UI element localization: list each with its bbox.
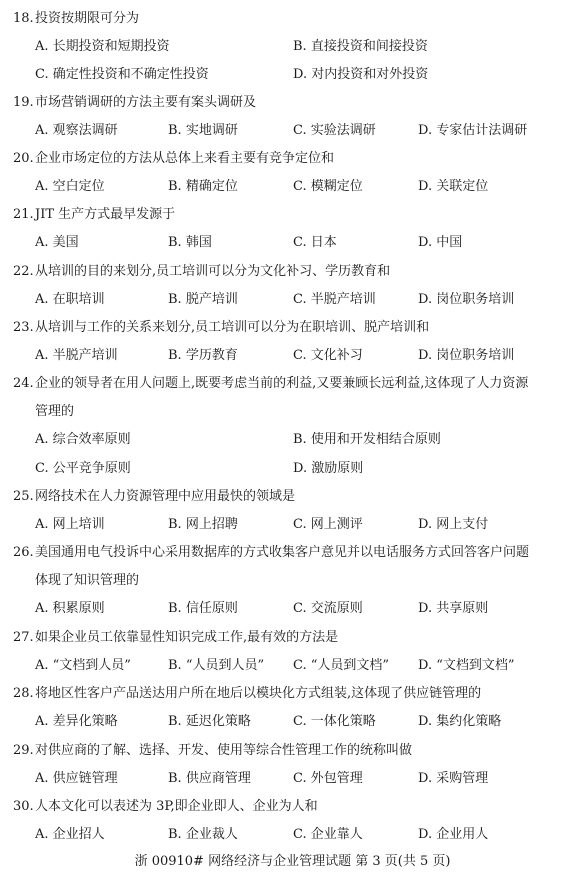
option-a: A. 企业招人: [35, 821, 105, 849]
option-d: D. 企业用人: [418, 821, 488, 849]
question-text: 如果企业员工依靠显性知识完成工作,最有效的方法是: [35, 624, 338, 652]
option-c: C. 文化补习: [293, 342, 363, 370]
question-21: 21. JIT 生产方式最早发源于: [0, 201, 585, 229]
option-a: A. 在职培训: [35, 286, 105, 314]
option-c: C. 日本: [293, 229, 337, 257]
question-number: 27.: [13, 624, 34, 652]
option-a: A. 长期投资和短期投资: [35, 33, 170, 61]
question-29: 29. 对供应商的了解、选择、开发、使用等综合性管理工作的统称叫做: [0, 737, 585, 765]
question-text: 从培训的目的来划分,员工培训可以分为文化补习、学历教育和: [35, 258, 390, 286]
option-a: A. 美国: [35, 229, 79, 257]
question-text: 将地区性客户产品送达用户所在地后以模块化方式组装,这体现了供应链管理的: [35, 680, 481, 708]
question-26: 26. 美国通用电气投诉中心采用数据库的方式收集客户意见并以电话服务方式回答客户…: [0, 539, 585, 567]
options-row: A. 企业招人 B. 企业裁人 C. 企业靠人 D. 企业用人: [0, 821, 585, 849]
question-number: 26.: [13, 539, 34, 567]
exam-page: 18. 投资按期限可分为 A. 长期投资和短期投资 B. 直接投资和间接投资 C…: [0, 0, 585, 885]
option-c: C. 网上测评: [293, 511, 363, 539]
question-text: 对供应商的了解、选择、开发、使用等综合性管理工作的统称叫做: [35, 737, 412, 765]
question-27: 27. 如果企业员工依靠显性知识完成工作,最有效的方法是: [0, 624, 585, 652]
options-row: A. 积累原则 B. 信任原则 C. 交流原则 D. 共享原则: [0, 595, 585, 623]
option-b: B. 学历教育: [168, 342, 238, 370]
option-d: D. 中国: [418, 229, 462, 257]
question-number: 21.: [13, 201, 34, 229]
question-text: 投资按期限可分为: [35, 5, 139, 33]
option-c: C. 外包管理: [293, 765, 363, 793]
options-row: C. 公平竞争原则 D. 激励原则: [0, 455, 585, 483]
question-20: 20. 企业市场定位的方法从总体上来看主要有竞争定位和: [0, 145, 585, 173]
option-a: A. 供应链管理: [35, 765, 118, 793]
option-a: A. “文档到人员”: [35, 652, 131, 680]
question-28: 28. 将地区性客户产品送达用户所在地后以模块化方式组装,这体现了供应链管理的: [0, 680, 585, 708]
options-row: A. 观察法调研 B. 实地调研 C. 实验法调研 D. 专家估计法调研: [0, 117, 585, 145]
option-a: A. 积累原则: [35, 595, 105, 623]
question-text: 人本文化可以表述为 3P,即企业即人、企业为人和: [35, 793, 318, 821]
question-text: 市场营销调研的方法主要有案头调研及: [35, 89, 256, 117]
option-c: C. 模糊定位: [293, 173, 363, 201]
options-row: A. 半脱产培训 B. 学历教育 C. 文化补习 D. 岗位职务培训: [0, 342, 585, 370]
question-text: 企业的领导者在用人问题上,既要考虑当前的利益,又要兼顾长远利益,这体现了人力资源: [35, 370, 528, 398]
option-b: B. 实地调研: [168, 117, 238, 145]
option-c: C. 公平竞争原则: [35, 455, 131, 483]
option-d: D. 岗位职务培训: [418, 342, 514, 370]
option-b: B. “人员到人员”: [168, 652, 264, 680]
question-number: 20.: [13, 145, 34, 173]
option-b: B. 信任原则: [168, 595, 238, 623]
options-row: A. 长期投资和短期投资 B. 直接投资和间接投资: [0, 33, 585, 61]
option-b: B. 供应商管理: [168, 765, 251, 793]
options-row: A. 在职培训 B. 脱产培训 C. 半脱产培训 D. 岗位职务培训: [0, 286, 585, 314]
question-23: 23. 从培训与工作的关系来划分,员工培训可以分为在职培训、脱产培训和: [0, 314, 585, 342]
options-row: A. 网上培训 B. 网上招聘 C. 网上测评 D. 网上支付: [0, 511, 585, 539]
options-row: A. 美国 B. 韩国 C. 日本 D. 中国: [0, 229, 585, 257]
option-d: D. 对内投资和对外投资: [293, 61, 428, 89]
option-b: B. 脱产培训: [168, 286, 238, 314]
question-25: 25. 网络技术在人力资源管理中应用最快的领域是: [0, 483, 585, 511]
question-30: 30. 人本文化可以表述为 3P,即企业即人、企业为人和: [0, 793, 585, 821]
page-footer: 浙 00910# 网络经济与企业管理试题 第 3 页(共 5 页): [0, 849, 585, 875]
option-c: C. 企业靠人: [293, 821, 363, 849]
options-row: A. 差异化策略 B. 延迟化策略 C. 一体化策略 D. 集约化策略: [0, 708, 585, 736]
option-a: A. 观察法调研: [35, 117, 118, 145]
option-b: B. 企业裁人: [168, 821, 238, 849]
question-number: 24.: [13, 370, 34, 398]
option-b: B. 网上招聘: [168, 511, 238, 539]
option-b: B. 使用和开发相结合原则: [293, 426, 441, 454]
question-number: 23.: [13, 314, 34, 342]
question-text-cont: 管理的: [35, 398, 74, 426]
options-row: C. 确定性投资和不确定性投资 D. 对内投资和对外投资: [0, 61, 585, 89]
option-c: C. 实验法调研: [293, 117, 376, 145]
question-number: 18.: [13, 5, 34, 33]
option-c: C. 一体化策略: [293, 708, 376, 736]
options-row: A. “文档到人员” B. “人员到人员” C. “人员到文档” D. “文档到…: [0, 652, 585, 680]
question-18: 18. 投资按期限可分为: [0, 5, 585, 33]
question-number: 25.: [13, 483, 34, 511]
option-a: A. 空白定位: [35, 173, 105, 201]
option-c: C. 确定性投资和不确定性投资: [35, 61, 209, 89]
option-c: C. 交流原则: [293, 595, 363, 623]
option-d: D. 岗位职务培训: [418, 286, 514, 314]
question-19: 19. 市场营销调研的方法主要有案头调研及: [0, 89, 585, 117]
option-b: B. 延迟化策略: [168, 708, 251, 736]
option-d: D. 集约化策略: [418, 708, 501, 736]
question-24: 24. 企业的领导者在用人问题上,既要考虑当前的利益,又要兼顾长远利益,这体现了…: [0, 370, 585, 398]
option-d: D. 网上支付: [418, 511, 488, 539]
options-row: A. 空白定位 B. 精确定位 C. 模糊定位 D. 关联定位: [0, 173, 585, 201]
question-text: 从培训与工作的关系来划分,员工培训可以分为在职培训、脱产培训和: [35, 314, 429, 342]
question-number: 28.: [13, 680, 34, 708]
question-text: 企业市场定位的方法从总体上来看主要有竞争定位和: [35, 145, 334, 173]
option-d: D. 采购管理: [418, 765, 488, 793]
question-text: 美国通用电气投诉中心采用数据库的方式收集客户意见并以电话服务方式回答客户问题: [35, 539, 529, 567]
question-text: JIT 生产方式最早发源于: [35, 201, 175, 229]
question-text: 网络技术在人力资源管理中应用最快的领域是: [35, 483, 295, 511]
option-c: C. “人员到文档”: [293, 652, 389, 680]
option-d: D. “文档到文档”: [418, 652, 515, 680]
question-text-cont: 体现了知识管理的: [35, 567, 139, 595]
option-d: D. 专家估计法调研: [418, 117, 527, 145]
question-text-continuation: 管理的: [0, 398, 585, 426]
option-b: B. 韩国: [168, 229, 212, 257]
question-22: 22. 从培训的目的来划分,员工培训可以分为文化补习、学历教育和: [0, 258, 585, 286]
option-d: D. 激励原则: [293, 455, 363, 483]
option-a: A. 差异化策略: [35, 708, 118, 736]
option-a: A. 综合效率原则: [35, 426, 131, 454]
option-a: A. 网上培训: [35, 511, 105, 539]
question-number: 22.: [13, 258, 34, 286]
option-b: B. 精确定位: [168, 173, 238, 201]
question-number: 30.: [13, 793, 34, 821]
options-row: A. 供应链管理 B. 供应商管理 C. 外包管理 D. 采购管理: [0, 765, 585, 793]
option-a: A. 半脱产培训: [35, 342, 118, 370]
options-row: A. 综合效率原则 B. 使用和开发相结合原则: [0, 426, 585, 454]
question-number: 19.: [13, 89, 34, 117]
option-d: D. 关联定位: [418, 173, 488, 201]
option-b: B. 直接投资和间接投资: [293, 33, 428, 61]
option-c: C. 半脱产培训: [293, 286, 376, 314]
option-d: D. 共享原则: [418, 595, 488, 623]
question-number: 29.: [13, 737, 34, 765]
question-text-continuation: 体现了知识管理的: [0, 567, 585, 595]
